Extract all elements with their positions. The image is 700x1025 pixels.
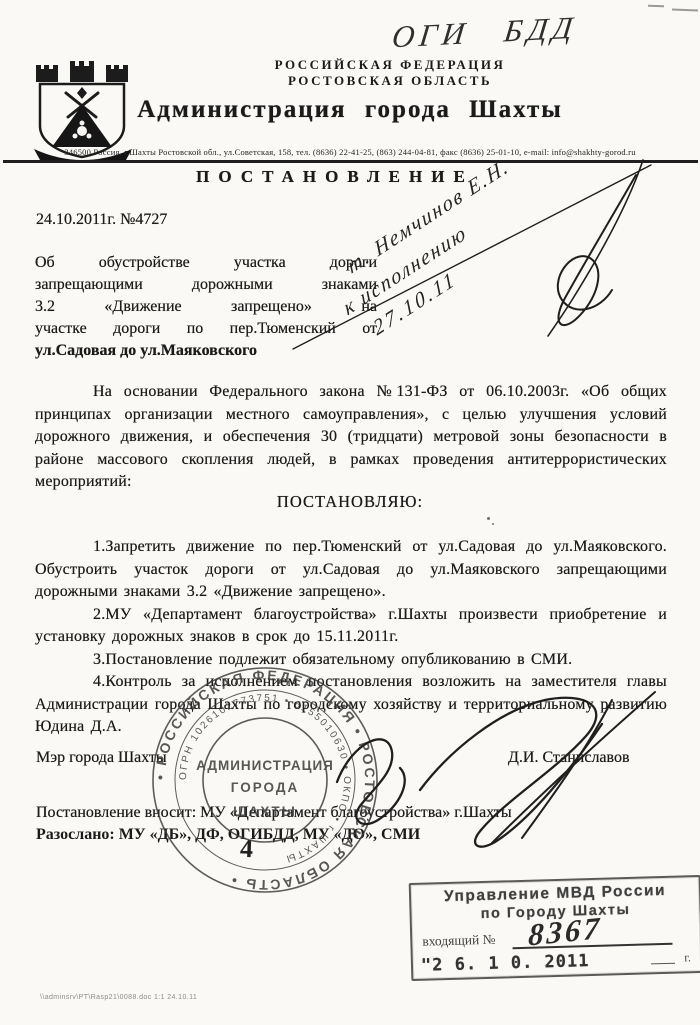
footer-file-path: \\adminsrv\PT\Rasp21\0088.doc 1:1 24.10.… xyxy=(40,994,197,1001)
item-2: 2.МУ «Департамент благоустройства» г.Шах… xyxy=(35,604,667,649)
header-region: РОСТОВСКАЯ ОБЛАСТЬ xyxy=(80,73,700,89)
scanned-resolution-document: ОГИ БДД РОССИЙСКАЯ ФЕДЕРАЦИЯ xyxy=(0,0,700,1025)
signer-name: Д.И. Станиславов xyxy=(508,749,630,767)
handwritten-page-mark: 4 xyxy=(239,834,253,864)
header-address-line: 346500 Россия, г.Шахты Ростовской обл., … xyxy=(10,147,690,157)
subject-line-bold: ул.Садовая до ул.Маяковского xyxy=(35,340,377,362)
item-4: 4.Контроль за исполнением постановления … xyxy=(35,671,667,739)
resolve-heading: ПОСТАНОВЛЯЮ: xyxy=(0,492,700,512)
signer-title: Мэр города Шахты xyxy=(36,749,167,767)
seal-center-line1: АДМИНИСТРАЦИЯ xyxy=(196,758,334,773)
distribution-line: Разослано: МУ «ДБ», ДФ, ОГИБДД, МУ «ДО»,… xyxy=(36,826,420,844)
document-date-number: 24.10.2011г. №4727 xyxy=(36,211,167,229)
stamp-date-dash xyxy=(651,963,675,965)
header-organization: Администрация города Шахты xyxy=(0,96,700,124)
preamble-paragraph: На основании Федерального закона №131-ФЗ… xyxy=(35,381,667,494)
scan-artifact-dash xyxy=(672,9,698,12)
header-rule xyxy=(3,160,698,163)
subject-line: 3.2 «Движение запрещено» на xyxy=(35,296,377,318)
seal-center-line2: ГОРОДА xyxy=(231,780,300,795)
item-3: 3.Постановление подлежит обязательному о… xyxy=(35,649,667,672)
submitted-by-line: Постановление вносит: МУ «Департамент бл… xyxy=(36,804,512,822)
stamp-incoming-label: входящий № xyxy=(422,932,496,950)
subject-line: участке дороги по пер.Тюменский от xyxy=(35,318,377,340)
handwritten-note-top: ОГИ БДД xyxy=(390,5,674,56)
scan-speck xyxy=(487,517,490,520)
stamp-date: "2 6. 1 0. 2011 xyxy=(421,951,590,976)
header-country: РОССИЙСКАЯ ФЕДЕРАЦИЯ xyxy=(80,57,700,73)
document-title: ПОСТАНОВЛЕНИЕ xyxy=(0,167,670,187)
resolution-items: 1.Запретить движение по пер.Тюменский от… xyxy=(35,536,667,739)
stamp-date-suffix: г. xyxy=(684,950,691,965)
scan-speck xyxy=(492,523,494,525)
incoming-registration-stamp: Управление МВД России по Городу Шахты вх… xyxy=(409,875,700,981)
stamp-incoming-number-handwritten: 8367 xyxy=(528,910,603,954)
item-1: 1.Запретить движение по пер.Тюменский от… xyxy=(35,536,667,604)
